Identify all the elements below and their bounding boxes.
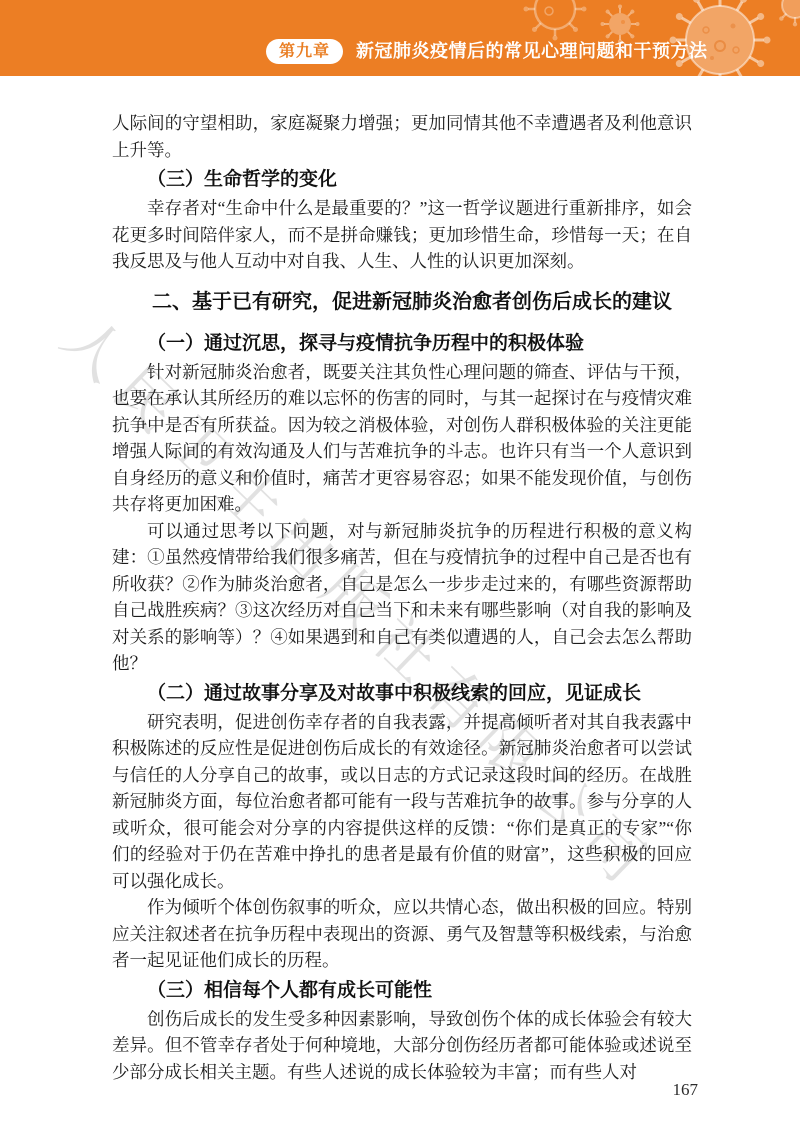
paragraph: 幸存者对“生命中什么是最重要的？”这一哲学议题进行重新排序，如会花更多时间陪伴家… [112, 195, 692, 275]
paragraph: 研究表明，促进创伤幸存者的自我表露，并提高倾听者对其自我表露中积极陈述的反应性是… [112, 709, 692, 895]
page-body: 人际间的守望相助，家庭凝聚力增强；更加同情其他不幸遭遇者及利他意识上升等。 （三… [112, 110, 692, 1085]
virus-small-icon [601, 5, 640, 44]
coronavirus-icon [380, 0, 800, 76]
virus-corner-icon [778, 0, 800, 26]
chapter-badge: 第九章 [266, 39, 343, 64]
book-page: 第九章 新冠肺炎疫情后的常见心理问题和干预方法 人民卫生出版社有限公司 人际间的… [0, 0, 800, 1140]
paragraph: 创伤后成长的发生受多种因素影响，导致创伤个体的成长体验会有较大差异。但不管幸存者… [112, 1006, 692, 1086]
paragraph: 作为倾听个体创伤叙事的听众，应以共情心态，做出积极的回应。特别应关注叙述者在抗争… [112, 894, 692, 974]
paragraph: 针对新冠肺炎治愈者，既要关注其负性心理问题的筛查、评估与干预，也要在承认其所经历… [112, 359, 692, 518]
chapter-title: 新冠肺炎疫情后的常见心理问题和干预方法 [356, 41, 708, 62]
subsection-heading: （三）相信每个人都有成长可能性 [112, 977, 692, 1004]
subsection-heading: （三）生命哲学的变化 [112, 166, 692, 193]
paragraph: 人际间的守望相助，家庭凝聚力增强；更加同情其他不幸遭遇者及利他意识上升等。 [112, 110, 692, 163]
virus-large-icon [670, 0, 771, 76]
page-number: 167 [673, 1080, 699, 1100]
subsection-heading: （二）通过故事分享及对故事中积极线索的回应，见证成长 [112, 680, 692, 707]
virus-outline-icon [524, 0, 587, 41]
section-heading: 二、基于已有研究，促进新冠肺炎治愈者创伤后成长的建议 [112, 287, 692, 317]
chapter-header-band: 第九章 新冠肺炎疫情后的常见心理问题和干预方法 [0, 0, 800, 76]
subsection-heading: （一）通过沉思，探寻与疫情抗争历程中的积极体验 [112, 330, 692, 357]
paragraph: 可以通过思考以下问题，对与新冠肺炎抗争的历程进行积极的意义构建：①虽然疫情带给我… [112, 518, 692, 677]
